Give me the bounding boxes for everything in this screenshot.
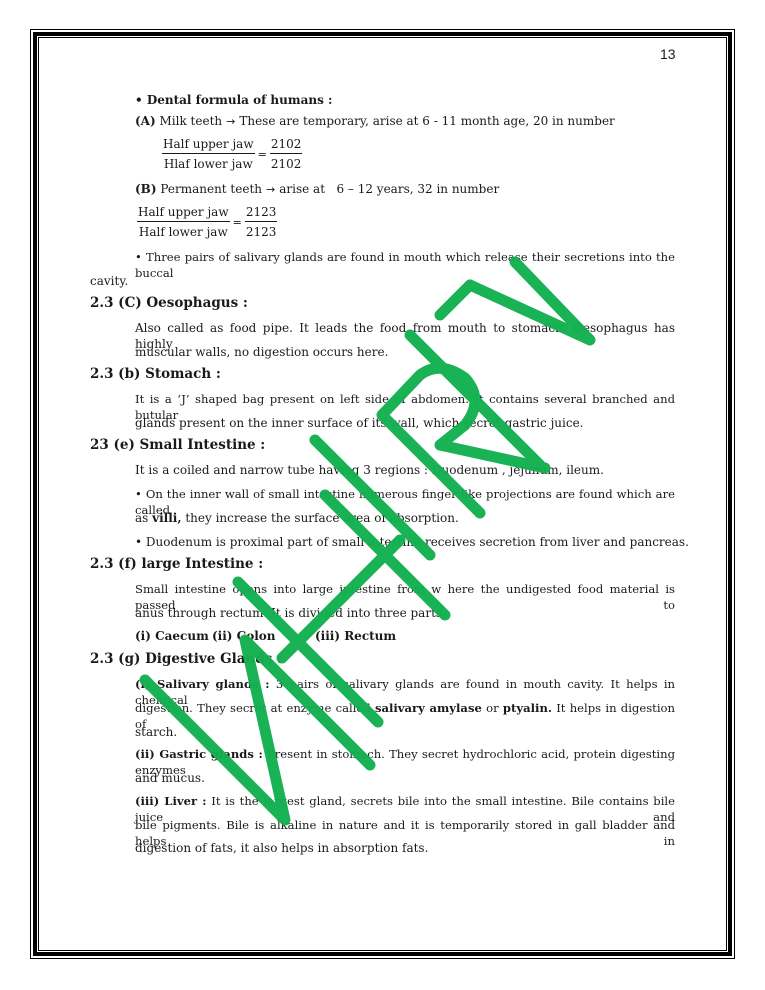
- permanent-teeth-label: (B): [135, 182, 157, 196]
- formula-upper-value: 2102: [270, 137, 303, 154]
- small-intestine-line3: as villi, they increase the surface area…: [135, 510, 459, 526]
- formula-upper-value: 2123: [245, 205, 278, 222]
- large-intestine-line2: anus through rectum. It is divided into …: [135, 605, 446, 621]
- formula-equals: =: [233, 216, 242, 229]
- formula-lower-value: 2123: [245, 222, 278, 239]
- permanent-teeth-line: (B) Permanent teeth→arise at 6 – 12 year…: [135, 181, 499, 198]
- salivary-note-line1: • Three pairs of salivary glands are fou…: [135, 249, 675, 281]
- section-heading-oesophagus: 2.3 (C) Oesophagus :: [90, 295, 248, 311]
- arrow-right-icon: →: [266, 183, 275, 196]
- large-intestine-part-3: (iii) Rectum: [315, 628, 396, 644]
- formula-upper-label: Half upper jaw: [162, 137, 255, 154]
- gastric-glands-line2: and mucus.: [135, 770, 205, 786]
- large-intestine-part-1: (i) Caecum: [135, 628, 209, 644]
- salivary-note-line2: cavity.: [90, 273, 128, 289]
- stomach-line2: glands present on the inner surface of i…: [135, 415, 584, 431]
- milk-teeth-formula: Half upper jaw Hlaf lower jaw = 2102 210…: [162, 137, 302, 171]
- salivary-glands-line3: starch.: [135, 724, 177, 740]
- page-number: 13: [660, 46, 676, 62]
- section-heading-small-intestine: 23 (e) Small Intestine :: [90, 437, 265, 453]
- formula-lower-label: Half lower jaw: [137, 222, 230, 239]
- permanent-teeth-formula: Half upper jaw Half lower jaw = 2123 212…: [137, 205, 277, 239]
- small-intestine-line4: • Duodenum is proximal part of small int…: [135, 534, 689, 550]
- milk-teeth-line: (A) Milk teeth→These are temporary, aris…: [135, 113, 615, 130]
- small-intestine-line1: It is a coiled and narrow tube having 3 …: [135, 462, 604, 478]
- text-span: as: [135, 511, 152, 525]
- text-span: or: [482, 701, 503, 715]
- formula-equals: =: [258, 148, 267, 161]
- salivary-glands-line2: digestion. They secret at enzyme called …: [135, 700, 675, 732]
- liver-title: (iii) Liver :: [135, 794, 206, 808]
- section-heading-digestive-glands: 2.3 (g) Digestive Glands :: [90, 651, 282, 667]
- enzyme-ptyalin: ptyalin.: [503, 701, 552, 715]
- gastric-glands-title: (ii) Gastric glands :: [135, 747, 263, 761]
- formula-upper-label: Half upper jaw: [137, 205, 230, 222]
- formula-lower-label: Hlaf lower jaw: [162, 154, 255, 171]
- milk-teeth-name: Milk teeth: [160, 114, 223, 128]
- section-heading-stomach: 2.3 (b) Stomach :: [90, 366, 221, 382]
- milk-teeth-label: (A): [135, 114, 156, 128]
- salivary-glands-title: (i) Salivary glands :: [135, 677, 270, 691]
- formula-lower-value: 2102: [270, 154, 303, 171]
- dental-formula-heading: • Dental formula of humans :: [135, 92, 332, 108]
- oesophagus-line2: muscular walls, no digestion occurs here…: [135, 344, 388, 360]
- liver-line3: digestion of fats, it also helps in abso…: [135, 840, 428, 856]
- gastric-glands-line1: (ii) Gastric glands : Present in stomach…: [135, 746, 675, 778]
- milk-teeth-desc: These are temporary, arise at 6 - 11 mon…: [239, 114, 614, 128]
- villi-term: villi,: [152, 511, 181, 525]
- section-heading-large-intestine: 2.3 (f) large Intestine :: [90, 556, 263, 572]
- large-intestine-part-2: (ii) Colon: [212, 628, 276, 644]
- arrow-right-icon: →: [226, 115, 235, 128]
- permanent-teeth-name: Permanent teeth: [160, 182, 262, 196]
- permanent-teeth-desc: arise at 6 – 12 years, 32 in number: [279, 182, 499, 196]
- text-span: they increase the surface area of absorp…: [182, 511, 459, 525]
- text-span: digestion. They secret at enzyme called: [135, 701, 375, 715]
- enzyme-salivary-amylase: salivary amylase: [375, 701, 482, 715]
